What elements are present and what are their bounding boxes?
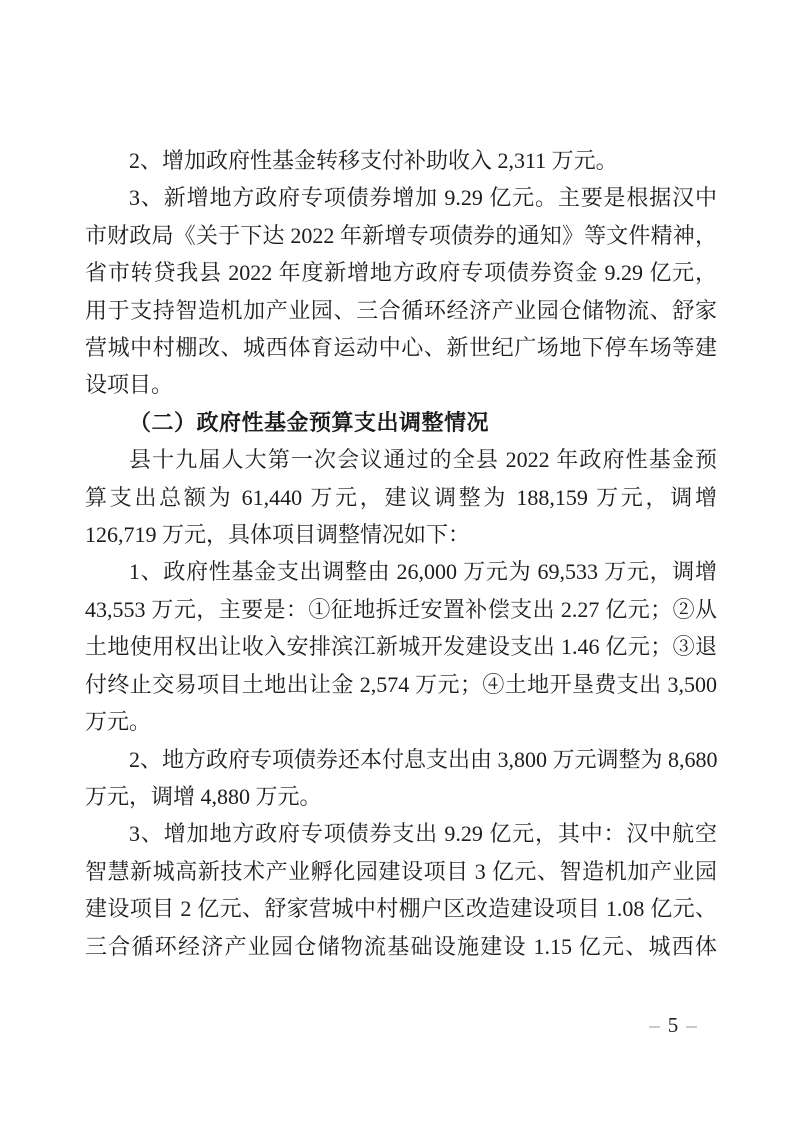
text-line: 设项目。: [85, 366, 717, 403]
text-line: 土地使用权出让收入安排滨江新城开发建设支出 1.46 亿元；③退: [85, 628, 717, 665]
text-line: 三合循环经济产业园仓储物流基础设施建设 1.15 亿元、城西体: [85, 928, 717, 965]
text-line: 3、新增地方政府专项债券增加 9.29 亿元。主要是根据汉中: [85, 179, 717, 216]
text-line: 付终止交易项目土地出让金 2,574 万元；④土地开垦费支出 3,500: [85, 666, 717, 703]
text-line: 43,553 万元，主要是：①征地拆迁安置补偿支出 2.27 亿元；②从: [85, 591, 717, 628]
text-line: 2、增加政府性基金转移支付补助收入 2,311 万元。: [85, 142, 717, 179]
footer-right-dash: –: [682, 1013, 701, 1037]
text-line: 126,719 万元，具体项目调整情况如下：: [85, 516, 717, 553]
page-content: 2、增加政府性基金转移支付补助收入 2,311 万元。 3、新增地方政府专项债券…: [85, 142, 717, 965]
text-line: 建设项目 2 亿元、舒家营城中村棚户区改造建设项目 1.08 亿元、: [85, 890, 717, 927]
text-line: 用于支持智造机加产业园、三合循环经济产业园仓储物流、舒家: [85, 292, 717, 329]
text-line: 2、地方政府专项债券还本付息支出由 3,800 万元调整为 8,680: [85, 741, 717, 778]
text-line: 3、增加地方政府专项债券支出 9.29 亿元，其中：汉中航空: [85, 815, 717, 852]
text-line: 县十九届人大第一次会议通过的全县 2022 年政府性基金预: [85, 441, 717, 478]
text-line: 市财政局《关于下达 2022 年新增专项债券的通知》等文件精神，: [85, 217, 717, 254]
text-line: 省市转贷我县 2022 年度新增地方政府专项债券资金 9.29 亿元，: [85, 254, 717, 291]
page-number: 5: [664, 1013, 683, 1037]
page-footer: –5–: [625, 1013, 721, 1038]
text-line: 算支出总额为 61,440 万元，建议调整为 188,159 万元，调增: [85, 479, 717, 516]
document-page: 2、增加政府性基金转移支付补助收入 2,311 万元。 3、新增地方政府专项债券…: [0, 0, 793, 1122]
text-line: 1、政府性基金支出调整由 26,000 万元为 69,533 万元，调增: [85, 553, 717, 590]
section-heading: （二）政府性基金预算支出调整情况: [85, 404, 717, 441]
footer-left-dash: –: [645, 1013, 664, 1037]
text-line: 智慧新城高新技术产业孵化园建设项目 3 亿元、智造机加产业园: [85, 853, 717, 890]
text-line: 万元，调增 4,880 万元。: [85, 778, 717, 815]
text-line: 万元。: [85, 703, 717, 740]
text-line: 营城中村棚改、城西体育运动中心、新世纪广场地下停车场等建: [85, 329, 717, 366]
